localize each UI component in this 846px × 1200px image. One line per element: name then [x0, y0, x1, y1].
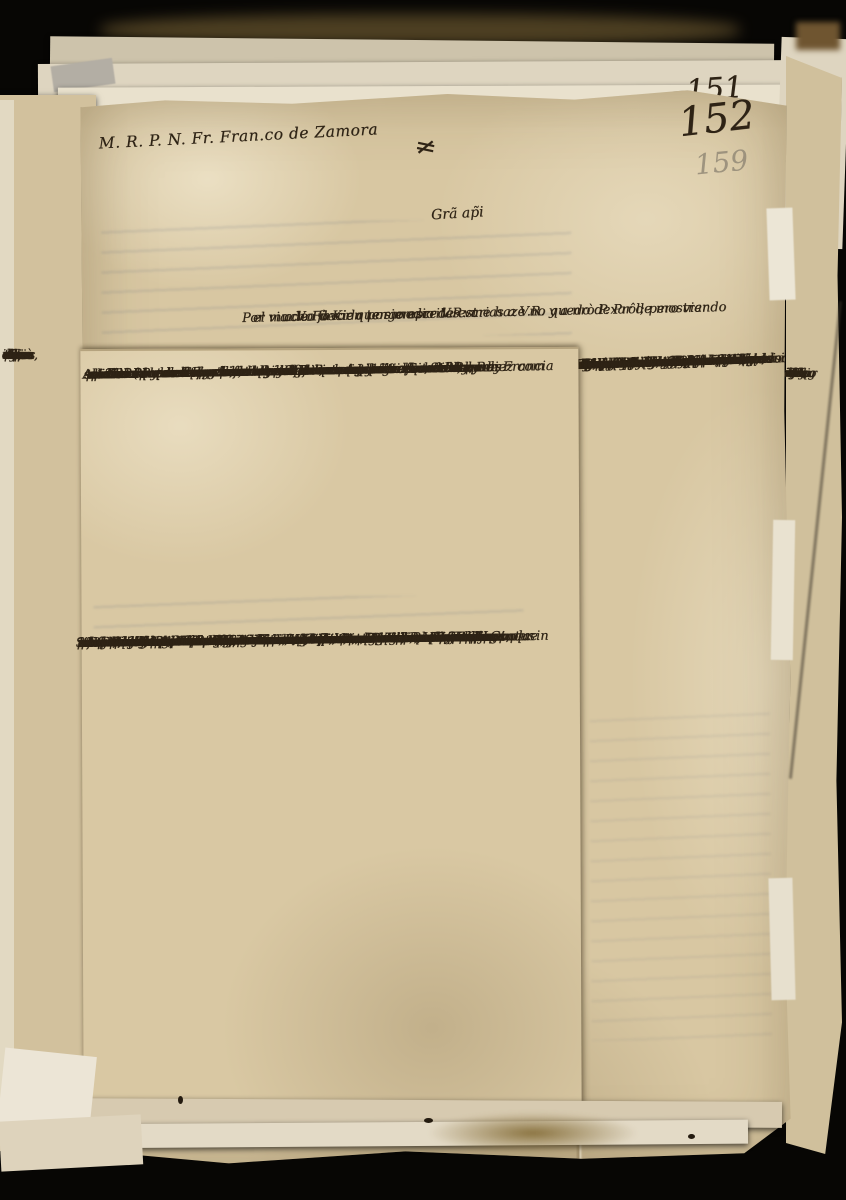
handwritten-line: te — [4, 346, 17, 366]
spanish-paragraph: A 12. de octubre pasado llego el P. Boue… — [88, 358, 572, 367]
header-addressee: M. R. P. N. Fr. Fran.co de Zamora — [98, 120, 378, 152]
handwritten-line: ara — [795, 360, 815, 386]
under-page-left-edge — [0, 100, 14, 1140]
bottom-edge-strip-2 — [84, 1120, 748, 1149]
handwritten-line: seis PP.s mas compañeros del P. Bouet vi… — [84, 361, 384, 385]
torn-edge-highlight-2 — [771, 520, 795, 660]
salutation: Grã ap̃i — [431, 204, 484, 223]
stain-top-right — [796, 22, 840, 50]
torn-edge-highlight-1 — [766, 208, 795, 301]
folio-number-ink-152: 152 — [676, 92, 757, 146]
right-margin-column: estas lineas aunque ramy que tengo conti… — [580, 349, 788, 356]
ink-speck-3 — [688, 1134, 695, 1139]
folio-number-pencil-159: 159 — [693, 144, 749, 182]
bottom-left-corner-sheet-2 — [0, 1114, 143, 1171]
reference-mark: ≠ — [412, 130, 439, 164]
handwritten-line: a — [784, 359, 792, 385]
ink-speck-1 — [178, 1096, 183, 1104]
bleed-through-mid — [590, 710, 772, 1041]
bleed-through-body — [93, 595, 523, 631]
handwritten-line: prov.a Xan si absque titulo. — [84, 631, 280, 653]
handwritten-line: ros como Dios los crio del toda — [578, 349, 782, 375]
torn-edge-highlight-3 — [768, 878, 795, 1001]
bottom-stain — [428, 1112, 638, 1154]
archive-photo: 151 ia,mòaziamlosdauanpavin reale:ppsdia… — [0, 0, 846, 1200]
body-sheet: A 12. de octubre pasado llego el P. Boue… — [80, 347, 581, 1107]
ink-speck-2 — [424, 1118, 433, 1123]
